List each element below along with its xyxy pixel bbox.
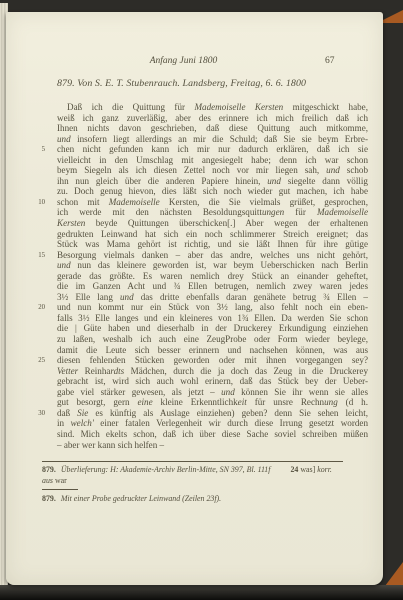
body-line-text: zu laßen, weshalb ich auch eine ZeugProb… [57,334,368,344]
body-line-text: falls 3½ Elle langes und ein kleineres v… [57,313,368,323]
body-line-text: Ihnen nichts davon geschrieben, daß dies… [57,123,368,133]
body-line: beym Siegeln als ich diesen Zettel noch … [57,165,368,176]
body-line-text: gut besorgt, gern eine kleine Erkenntlic… [57,397,368,407]
line-number: 5 [27,145,45,156]
body-line-text: die im Ganzen Acht und ¾ Ellen betrugen,… [57,281,368,291]
body-line-text: – aber wer kann sich helfen – [57,440,164,450]
body-line: 20und nun kommt nur ein Stück von 3½ lan… [57,302,368,313]
body-line-text: gebracht ist, wird sich auch wohl eriner… [57,376,368,386]
page-number: 67 [325,56,335,66]
line-number: 20 [27,303,45,314]
body-line: 5chen nicht gefunden kann ich mir nur da… [57,144,368,155]
body-line-text: gerade das größte. Es waren nemlich drey… [57,271,368,281]
body-line: gabe viel stärker gewesen, als jetzt – u… [57,387,368,398]
apparatus-rule [42,461,343,462]
body-line: Vetter Reinhardts Mädchen, durch die ja … [57,366,368,377]
apparatus-source: Überlieferung: H: Akademie-Archiv Berlin… [61,465,271,474]
body-line: gerade das größte. Es waren nemlich drey… [57,271,368,282]
body-line: gedrukten Leinwand hat sich ein noch sch… [57,229,368,240]
body-line: Kersten beyde Quittungen überschicken[.]… [57,218,368,229]
body-line: die | Güte haben und dieserhalb in der D… [57,323,368,334]
body-line-text: weiß ich ganz zuverläßig, aber des erinn… [57,113,368,123]
editorial-footnote-text: Mit einer Probe gedruckter Leinwand (Zei… [61,494,221,503]
body-line: ich werde mit den nächsten Besoldungsqui… [57,207,368,218]
body-line-text: und nun das kleinere geworden ist, war b… [57,260,368,270]
body-line-text: vielleicht in den Umschlag mit angesiege… [57,155,368,165]
body-line-text: gabe viel stärker gewesen, als jetzt – u… [57,387,368,397]
book-photo: Anfang Juni 1800 67 879. Von S. E. T. St… [0,0,403,600]
body-line: 25diesen fehlenden Stücken geworden oder… [57,355,368,366]
body-line: falls 3½ Elle langes und ein kleineres v… [57,313,368,324]
apparatus-lemma: was] [298,465,317,474]
apparatus-number: 879. [42,465,61,474]
body-line: weiß ich ganz zuverläßig, aber des erinn… [57,113,368,124]
apparatus-carry-italic: aus [42,476,53,485]
body-line-text: und nun kommt nur ein Stück von 3½ lang,… [57,302,368,312]
body-line: Daß ich die Quittung für Mademoiselle Ke… [57,102,368,113]
line-number: 10 [27,198,45,209]
body-line: 30daß Sie es künftig als Auslage einzieh… [57,408,368,419]
body-line: in welch' einer fatalen Verlegenheit wir… [57,418,368,429]
body-line: zu. Doch genug hievon, dies läßt sich no… [57,186,368,197]
body-line: und nun das kleinere geworden ist, war b… [57,260,368,271]
body-line: 3½ Elle lang und das dritte ebenfalls da… [57,292,368,303]
body-line: Ihnen nichts davon geschrieben, daß dies… [57,123,368,134]
body-line-text: zu. Doch genug hievon, dies läßt sich no… [57,186,368,196]
apparatus-carry-line: aus war [42,476,368,487]
editorial-footnote: 879.Mit einer Probe gedruckter Leinwand … [42,494,368,505]
body-line: die im Ganzen Acht und ¾ Ellen betrugen,… [57,281,368,292]
body-line-text: schon mit Mademoiselle Kersten, die Sie … [57,197,368,207]
line-number: 25 [27,356,45,367]
body-line: gut besorgt, gern eine kleine Erkenntlic… [57,397,368,408]
body-line: ihn nun gleich über die anderen Papiere … [57,176,368,187]
running-head: Anfang Juni 1800 67 [57,56,368,68]
body-line: – aber wer kann sich helfen – [57,440,368,451]
body-line: damit die Leute sich besser erinnern und… [57,345,368,356]
body-line: zu laßen, weshalb ich auch eine ZeugProb… [57,334,368,345]
book-bottom-edge [0,585,403,600]
body-line-text: in welch' einer fatalen Verlegenheit wir… [57,418,368,428]
book-cover-edge-bottom [385,562,403,586]
body-line-text: damit die Leute sich besser erinnern und… [57,345,368,355]
body-line-text: gedrukten Leinwand hat sich ein noch sch… [57,229,368,239]
apparatus-abbrev: korr. [317,465,332,474]
body-line: und insofern liegt allerdings an mir die… [57,134,368,145]
body-line-text: chen nicht gefunden kann ich mir nur dad… [57,144,368,154]
book-page: Anfang Juni 1800 67 879. Von S. E. T. St… [6,12,383,585]
body-line-text: Vetter Reinhardts Mädchen, durch die ja … [57,366,368,376]
body-line: sind. Mich ekelts schon, daß ich über di… [57,429,368,440]
apparatus-footnote: 879.Überlieferung: H: Akademie-Archiv Be… [42,465,368,487]
body-line: vielleicht in den Umschlag mit angesiege… [57,155,368,166]
apparatus-carry-roman: war [53,476,67,485]
body-line-text: sind. Mich ekelts schon, daß ich über di… [57,429,368,439]
body-line-text: diesen fehlenden Stücken geworden oder m… [57,355,368,365]
editorial-footnote-number: 879. [42,494,61,503]
body-line: 15Besorgung vielmals danken – aber das a… [57,250,368,261]
body-line-text: die | Güte haben und dieserhalb in der D… [57,323,368,333]
running-head-text: Anfang Juni 1800 [150,56,218,66]
body-line-text: daß Sie es künftig als Auslage einziehen… [57,408,368,418]
body-line: Stück was Mama gehört ist richtig, und s… [57,239,368,250]
body-line-text: ich werde mit den nächsten Besoldungsqui… [57,207,368,217]
body-line-text: ihn nun gleich über die anderen Papiere … [57,176,368,186]
footnote-divider [42,489,78,490]
body-line-text: 3½ Elle lang und das dritte ebenfalls da… [57,292,368,302]
letter-heading: 879. Von S. E. T. Stubenrauch. Landsberg… [57,78,368,89]
letter-body: Daß ich die Quittung für Mademoiselle Ke… [57,102,368,450]
body-line-text: Daß ich die Quittung für Mademoiselle Ke… [57,102,368,112]
body-line-text: Kersten beyde Quittungen überschicken[.]… [57,218,368,228]
line-number: 15 [27,251,45,262]
body-line-text: Besorgung vielmals danken – aber das and… [57,250,368,260]
body-line: gebracht ist, wird sich auch wohl eriner… [57,376,368,387]
body-line: 10schon mit Mademoiselle Kersten, die Si… [57,197,368,208]
body-line-text: beym Siegeln als ich diesen Zettel noch … [57,165,368,175]
line-number: 30 [27,409,45,420]
body-line-text: und insofern liegt allerdings an mir die… [57,134,368,144]
body-line-text: Stück was Mama gehört ist richtig, und s… [57,239,368,249]
